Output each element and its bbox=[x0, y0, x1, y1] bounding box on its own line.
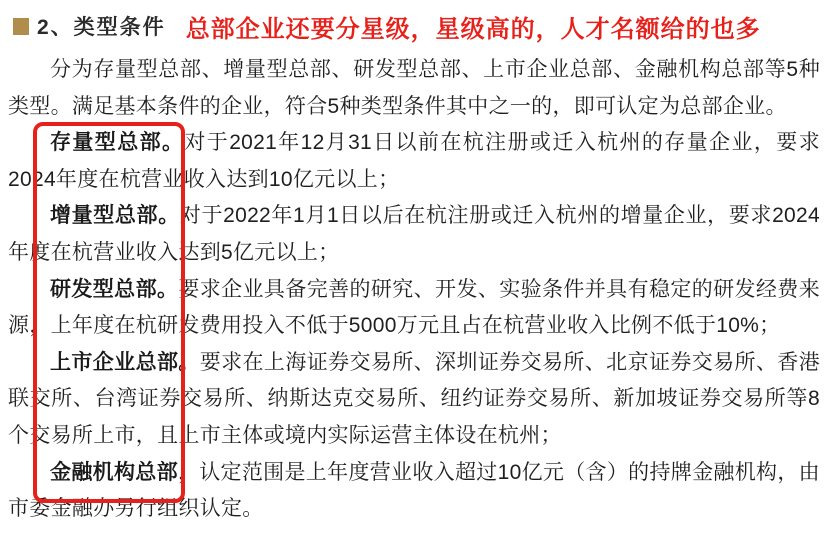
type-paragraph-stock: 存量型总部。对于2021年12月31日以前在杭注册或迁入杭州的存量企业，要求20… bbox=[8, 125, 820, 198]
document-body: 分为存量型总部、增量型总部、研发型总部、上市企业总部、金融机构总部等5种类型。满… bbox=[8, 52, 820, 528]
bullet-square-icon bbox=[13, 18, 29, 35]
section-header: 2、类型条件 总部企业还要分星级，星级高的，人才名额给的也多 bbox=[13, 10, 761, 42]
term-listed-hq: 上市企业总部。 bbox=[50, 351, 200, 374]
annotation-text: 总部企业还要分星级，星级高的，人才名额给的也多 bbox=[186, 9, 761, 44]
section-title: 2、类型条件 bbox=[37, 11, 166, 41]
document-page: 2、类型条件 总部企业还要分星级，星级高的，人才名额给的也多 分为存量型总部、增… bbox=[0, 0, 827, 556]
type-paragraph-financial: 金融机构总部，认定范围是上年度营业收入超过10亿元（含）的持牌金融机构，由市委金… bbox=[8, 455, 820, 528]
type-paragraph-incremental: 增量型总部。对于2022年1月1日以后在杭注册或迁入杭州的增量企业，要求2024… bbox=[8, 198, 820, 271]
term-financial-hq: 金融机构总部 bbox=[50, 461, 178, 484]
term-rnd-hq: 研发型总部。 bbox=[50, 278, 178, 301]
term-incremental-hq: 增量型总部。 bbox=[50, 204, 180, 227]
intro-paragraph: 分为存量型总部、增量型总部、研发型总部、上市企业总部、金融机构总部等5种类型。满… bbox=[8, 52, 820, 125]
type-paragraph-rnd: 研发型总部。要求企业具备完善的研究、开发、实验条件并具有稳定的研发经费来源，上年… bbox=[8, 272, 820, 345]
type-paragraph-listed: 上市企业总部。要求在上海证券交易所、深圳证券交易所、北京证券交易所、香港联交所、… bbox=[8, 345, 820, 455]
term-stock-hq: 存量型总部。 bbox=[50, 131, 184, 154]
